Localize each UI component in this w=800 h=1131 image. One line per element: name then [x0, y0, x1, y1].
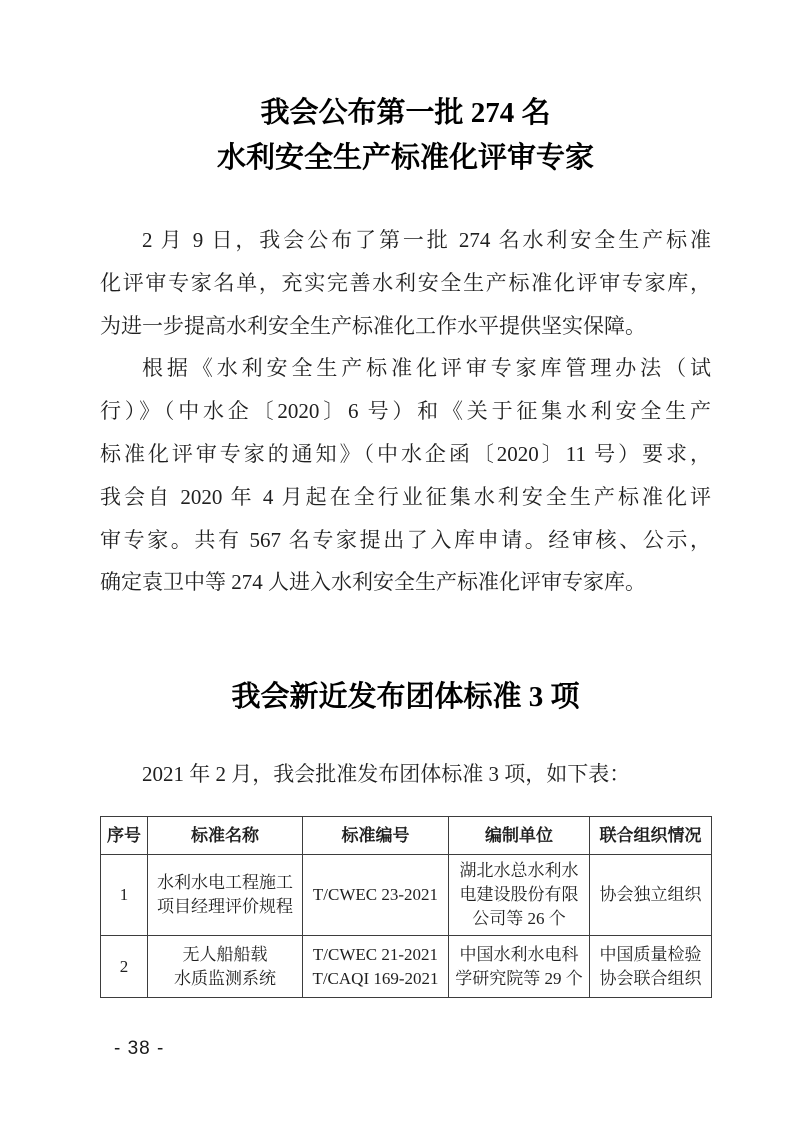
paragraph-line: 为进一步提高水利安全生产标准化工作水平提供坚实保障。: [100, 305, 711, 348]
table-header-cell: 序号: [101, 817, 148, 855]
table-header-cell: 联合组织情况: [590, 817, 712, 855]
paragraph-line: 化评审专家名单，充实完善水利安全生产标准化评审专家库，: [100, 262, 711, 305]
table-cell: 湖北水总水利水电建设股份有限公司等 26 个: [449, 855, 590, 936]
table-cell: 2: [101, 936, 148, 998]
table-cell: T/CWEC 21-2021T/CAQI 169-2021: [303, 936, 449, 998]
table-cell: 中国质量检验协会联合组织: [590, 936, 712, 998]
page-number: - 38 -: [114, 1038, 164, 1060]
page-content: 我会公布第一批 274 名 水利安全生产标准化评审专家 2 月 9 日，我会公布…: [100, 0, 711, 998]
table-header-cell: 标准编号: [303, 817, 449, 855]
table-body: 1水利水电工程施工项目经理评价规程T/CWEC 23-2021湖北水总水利水电建…: [101, 855, 712, 998]
document-page: 我会公布第一批 274 名 水利安全生产标准化评审专家 2 月 9 日，我会公布…: [0, 0, 800, 1131]
paragraph-line: 审专家。共有 567 名专家提出了入库申请。经审核、公示，: [100, 519, 711, 562]
article-title-1: 我会公布第一批 274 名 水利安全生产标准化评审专家: [100, 91, 711, 181]
standards-table: 序号标准名称标准编号编制单位联合组织情况 1水利水电工程施工项目经理评价规程T/…: [100, 816, 712, 998]
table-cell: 水利水电工程施工项目经理评价规程: [148, 855, 303, 936]
table-cell-line: T/CWEC 23-2021: [305, 883, 446, 907]
paragraph-line: 我会自 2020 年 4 月起在全行业征集水利安全生产标准化评: [100, 476, 711, 519]
table-cell-line: 中国质量检验: [592, 943, 709, 967]
table-cell-line: 水利水电工程施工: [150, 871, 300, 895]
table-cell: 协会独立组织: [590, 855, 712, 936]
paragraph-line: 标准化评审专家的通知》（中水企函〔2020〕11 号）要求，: [100, 433, 711, 476]
table-cell-line: 水质监测系统: [150, 967, 300, 991]
table-cell: T/CWEC 23-2021: [303, 855, 449, 936]
table-cell-line: 中国水利水电科: [451, 943, 587, 967]
table-cell-line: 2: [103, 955, 145, 979]
table-header-cell: 编制单位: [449, 817, 590, 855]
table-cell-line: 无人船船载: [150, 943, 300, 967]
table-intro-line: 2021 年 2 月，我会批准发布团体标准 3 项，如下表：: [100, 753, 711, 796]
table-cell: 中国水利水电科学研究院等 29 个: [449, 936, 590, 998]
table-cell-line: 湖北水总水利水: [451, 859, 587, 883]
table-cell-line: 项目经理评价规程: [150, 895, 300, 919]
table-header-cell: 标准名称: [148, 817, 303, 855]
table-cell-line: 协会独立组织: [592, 883, 709, 907]
table-row: 1水利水电工程施工项目经理评价规程T/CWEC 23-2021湖北水总水利水电建…: [101, 855, 712, 936]
table-cell-line: 公司等 26 个: [451, 907, 587, 931]
table-cell-line: 1: [103, 883, 145, 907]
paragraph-line: 根据《水利安全生产标准化评审专家库管理办法（试: [100, 347, 711, 390]
article-title-1-line-1: 我会公布第一批 274 名: [100, 91, 711, 136]
table-cell-line: 学研究院等 29 个: [451, 967, 587, 991]
paragraph-line: 确定袁卫中等 274 人进入水利安全生产标准化评审专家库。: [100, 561, 711, 604]
table-cell-line: T/CWEC 21-2021: [305, 943, 446, 967]
article-title-1-line-2: 水利安全生产标准化评审专家: [100, 136, 711, 181]
paragraph-line: 行）》（中水企〔2020〕6 号）和《关于征集水利安全生产: [100, 390, 711, 433]
table-cell: 1: [101, 855, 148, 936]
paragraph-line: 2 月 9 日，我会公布了第一批 274 名水利安全生产标准: [100, 219, 711, 262]
table-header-row: 序号标准名称标准编号编制单位联合组织情况: [101, 817, 712, 855]
article-title-2: 我会新近发布团体标准 3 项: [100, 675, 711, 720]
table-row: 2无人船船载水质监测系统T/CWEC 21-2021T/CAQI 169-202…: [101, 936, 712, 998]
table-cell-line: 电建设股份有限: [451, 883, 587, 907]
body-paragraphs: 2 月 9 日，我会公布了第一批 274 名水利安全生产标准化评审专家名单，充实…: [100, 219, 711, 604]
table-cell-line: 协会联合组织: [592, 967, 709, 991]
table-cell-line: T/CAQI 169-2021: [305, 967, 446, 991]
table-cell: 无人船船载水质监测系统: [148, 936, 303, 998]
